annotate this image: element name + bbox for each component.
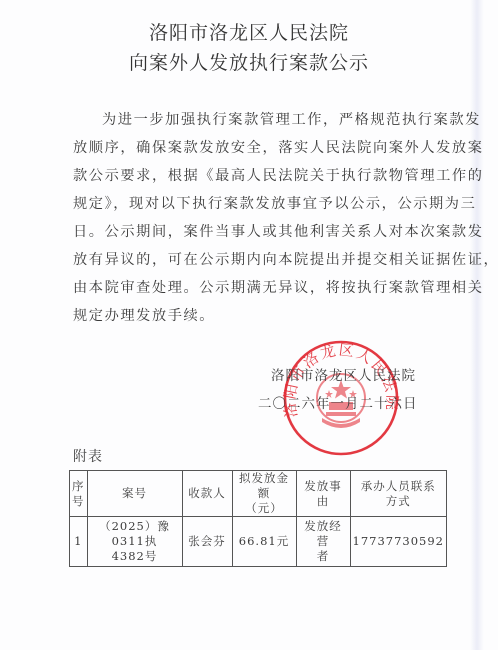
notice-body: 为进一步加强执行案款管理工作，严格规范执行案款发 放顺序，确保案款发放安全，落实… <box>73 106 457 330</box>
cell-contact: 17737730592 <box>350 517 446 567</box>
cell-amount: 66.81元 <box>232 517 296 567</box>
body-line: 放有异议的，可在公示期内向本院提出并提交相关证据佐证， <box>73 246 457 274</box>
cell-index: 1 <box>70 517 88 567</box>
header-text: 序 <box>72 479 85 494</box>
cell-case-no: （2025）豫0311执 4382号 <box>87 517 182 567</box>
col-header-contact: 承办人员联系 方式 <box>350 471 446 517</box>
col-header-index: 序 号 <box>70 471 88 517</box>
header-text: 方式 <box>353 494 444 509</box>
header-text: 号 <box>72 494 85 509</box>
col-header-case-no: 案号 <box>87 471 182 517</box>
col-header-reason: 发放事由 <box>296 471 350 517</box>
header-text: 拟发放金额 <box>235 471 294 501</box>
body-line: 规定》，现对以下执行案款发放事宜予以公示，公示期为三 <box>73 190 457 218</box>
signature-date: 二〇二六年一月二十六日 <box>258 392 418 412</box>
body-line: 为进一步加强执行案款管理工作，严格规范执行案款发 <box>73 106 457 134</box>
document-title-subject: 向案外人发放执行案款公示 <box>0 52 498 74</box>
body-line: 日。公示期间，案件当事人或其他利害关系人对本次案款发 <box>73 218 457 246</box>
body-line: 放顺序，确保案款发放安全，落实人民法院向案外人发放案 <box>73 134 457 162</box>
document-title-court: 洛阳市洛龙区人民法院 <box>0 22 498 44</box>
table-header-row: 序 号 案号 收款人 拟发放金额 （元） 发放事由 承办人员联系 方式 <box>70 471 447 517</box>
col-header-payee: 收款人 <box>182 471 232 517</box>
cell-text: （2025）豫0311执 <box>90 519 180 549</box>
scan-shade <box>470 0 484 650</box>
signature-organization: 洛阳市洛龙区人民法院 <box>271 364 416 384</box>
attachment-label: 附表 <box>73 446 103 466</box>
cell-reason: 发放经营 者 <box>296 517 350 567</box>
cell-text: 发放经营 <box>299 519 348 549</box>
cell-text: 者 <box>299 549 348 564</box>
table-row: 1 （2025）豫0311执 4382号 张会芬 66.81元 发放经营 者 1… <box>70 517 447 567</box>
disbursement-table: 序 号 案号 收款人 拟发放金额 （元） 发放事由 承办人员联系 方式 1 （2… <box>69 470 447 567</box>
col-header-amount: 拟发放金额 （元） <box>232 471 296 517</box>
header-text: 承办人员联系 <box>353 479 444 494</box>
body-line: 款公示要求，根据《最高人民法院关于执行款物管理工作的 <box>73 162 457 190</box>
header-text: （元） <box>235 501 294 516</box>
cell-text: 4382号 <box>90 549 180 564</box>
body-line: 由本院审查处理。公示期满无异议，将按执行案款管理相关 <box>73 274 457 302</box>
body-line: 规定办理发放手续。 <box>73 302 457 330</box>
cell-payee: 张会芬 <box>182 517 232 567</box>
